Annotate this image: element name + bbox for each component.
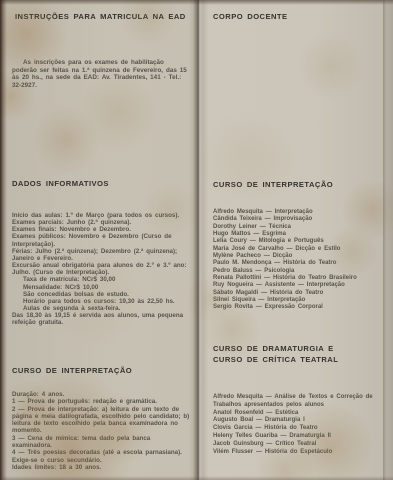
faculty-entry: Clovis Garcia — História do Teatro — [213, 425, 387, 433]
info-line: Excursão anual obrigatória para alunos d… — [12, 262, 194, 276]
section-title-curso-interpretacao-right: CURSO DE INTERPRETAÇÃO — [213, 180, 333, 189]
page-fold-crease — [193, 0, 203, 480]
info-line: Exames públicos: Novembro e Dezembro (Cu… — [12, 233, 194, 247]
info-line: Exames parciais: Junho (2.ª quinzena). — [12, 219, 194, 226]
section-title-corpo-docente: CORPO DOCENTE — [213, 12, 288, 21]
faculty-entry: Pedro Baluss — Psicologia — [213, 268, 385, 275]
faculty-entry: Mylène Pacheco — Dicção — [213, 253, 385, 260]
info-line: Exames finais: Novembro e Dezembro. — [12, 226, 194, 233]
faculty-list-dramaturgia: Alfredo Mesquita — Análise de Textos e C… — [213, 394, 387, 456]
info-line: Férias: Julho (2.ª quinzena); Dezembro (… — [12, 248, 194, 262]
scan-bottom-edge-shadow — [0, 476, 393, 480]
faculty-entry: Augusto Boal — Dramaturgia I — [213, 417, 387, 425]
scan-top-edge-shadow — [0, 0, 393, 5]
faculty-entry: Vilém Flusser — História do Espetáculo — [213, 449, 387, 457]
faculty-list-interpretacao: Alfredo Mesquita — Interpretação Cândida… — [213, 209, 385, 312]
faculty-entry: Ruy Nogueira — Assistente — Interpretaçã… — [213, 282, 385, 289]
dados-informativos-list: Início das aulas: 1.º de Março (para tod… — [12, 212, 194, 327]
section-title-instrucoes-matricula: INSTRUÇÕES PARA MATRICULA NA EAD — [15, 12, 186, 21]
info-line: Início das aulas: 1.º de Março (para tod… — [12, 212, 194, 219]
faculty-entry: Jacob Guinsburg — Crítico Teatral — [213, 441, 387, 449]
info-line: Aulas de segunda à sexta-feira. — [12, 305, 194, 312]
faculty-entry: Dorothy Leiner — Técnica — [213, 224, 385, 231]
curso-interpretacao-requirements-list: Duração: 4 anos. 1 — Prova de português:… — [12, 391, 193, 471]
requirement-line: Idades limites: 18 a 30 anos. — [12, 464, 193, 471]
faculty-entry: Alfredo Mesquita — Análise de Textos e C… — [213, 394, 387, 410]
faculty-entry: Lelia Coury — Mitologia e Português — [213, 238, 385, 245]
scanned-brochure-page: INSTRUÇÕES PARA MATRICULA NA EAD As insc… — [0, 0, 393, 480]
faculty-entry: Renata Pallottini — História do Teatro B… — [213, 275, 385, 282]
requirement-line: 2 — Prova de interpretação: a) leitura d… — [12, 406, 193, 435]
requirement-line: 3 — Cena de mímica: tema dado pela banca… — [12, 435, 193, 450]
faculty-entry: Alfredo Mesquita — Interpretação — [213, 209, 385, 216]
requirement-line: Exige-se o curso secundário. — [12, 457, 193, 464]
faculty-entry: Sábato Magaldi — História do Teatro — [213, 290, 385, 297]
info-line: Horário para todos os cursos: 19,30 às 2… — [12, 298, 194, 305]
faculty-entry: Maria José de Carvalho — Dicção e Estilo — [213, 246, 385, 253]
info-line: São concedidas bolsas de estudo. — [12, 291, 194, 298]
faculty-entry: Heleny Telles Guariba — Dramaturgia II — [213, 433, 387, 441]
requirement-line: Duração: 4 anos. — [12, 391, 193, 398]
faculty-entry: Paulo M. Mendonça — História do Teatro — [213, 260, 385, 267]
faculty-entry: Sergio Rovita — Expressão Corporal — [213, 304, 385, 311]
title-line-dramaturgia: CURSO DE DRAMATURGIA E — [213, 344, 373, 355]
info-line-fee: Mensalidade: NCr$ 10,00 — [12, 284, 194, 291]
page-right-edge — [383, 0, 393, 480]
section-title-curso-interpretacao-left: CURSO DE INTERPRETAÇÃO — [12, 366, 132, 375]
faculty-entry: Anatol Rosenfeld — Estética — [213, 410, 387, 418]
faculty-entry: Hugo Mattos — Esgrima — [213, 231, 385, 238]
section-title-dados-informativos: DADOS INFORMATIVOS — [12, 179, 109, 188]
faculty-entry: Silnei Siqueira — Interpretação — [213, 297, 385, 304]
faculty-entry: Cândida Teixeira — Improvisação — [213, 216, 385, 223]
scan-left-edge-shadow — [0, 0, 7, 480]
requirement-line: 1 — Prova de português: redação e gramát… — [12, 398, 193, 405]
section-title-curso-dramaturgia-critica: CURSO DE DRAMATURGIA E CURSO DE CRÍTICA … — [213, 344, 373, 365]
requirement-line: 4 — Três poesias decoradas (até a escola… — [12, 449, 193, 456]
title-line-critica-teatral: CURSO DE CRÍTICA TEATRAL — [213, 355, 373, 366]
info-line: Das 18,30 às 19,15 é servida aos alunos,… — [12, 312, 194, 326]
instructions-paragraph: As inscrições para os exames de habilita… — [12, 59, 191, 89]
info-line-fee: Taxa de matrícula: NCr$ 30,00 — [12, 276, 194, 283]
